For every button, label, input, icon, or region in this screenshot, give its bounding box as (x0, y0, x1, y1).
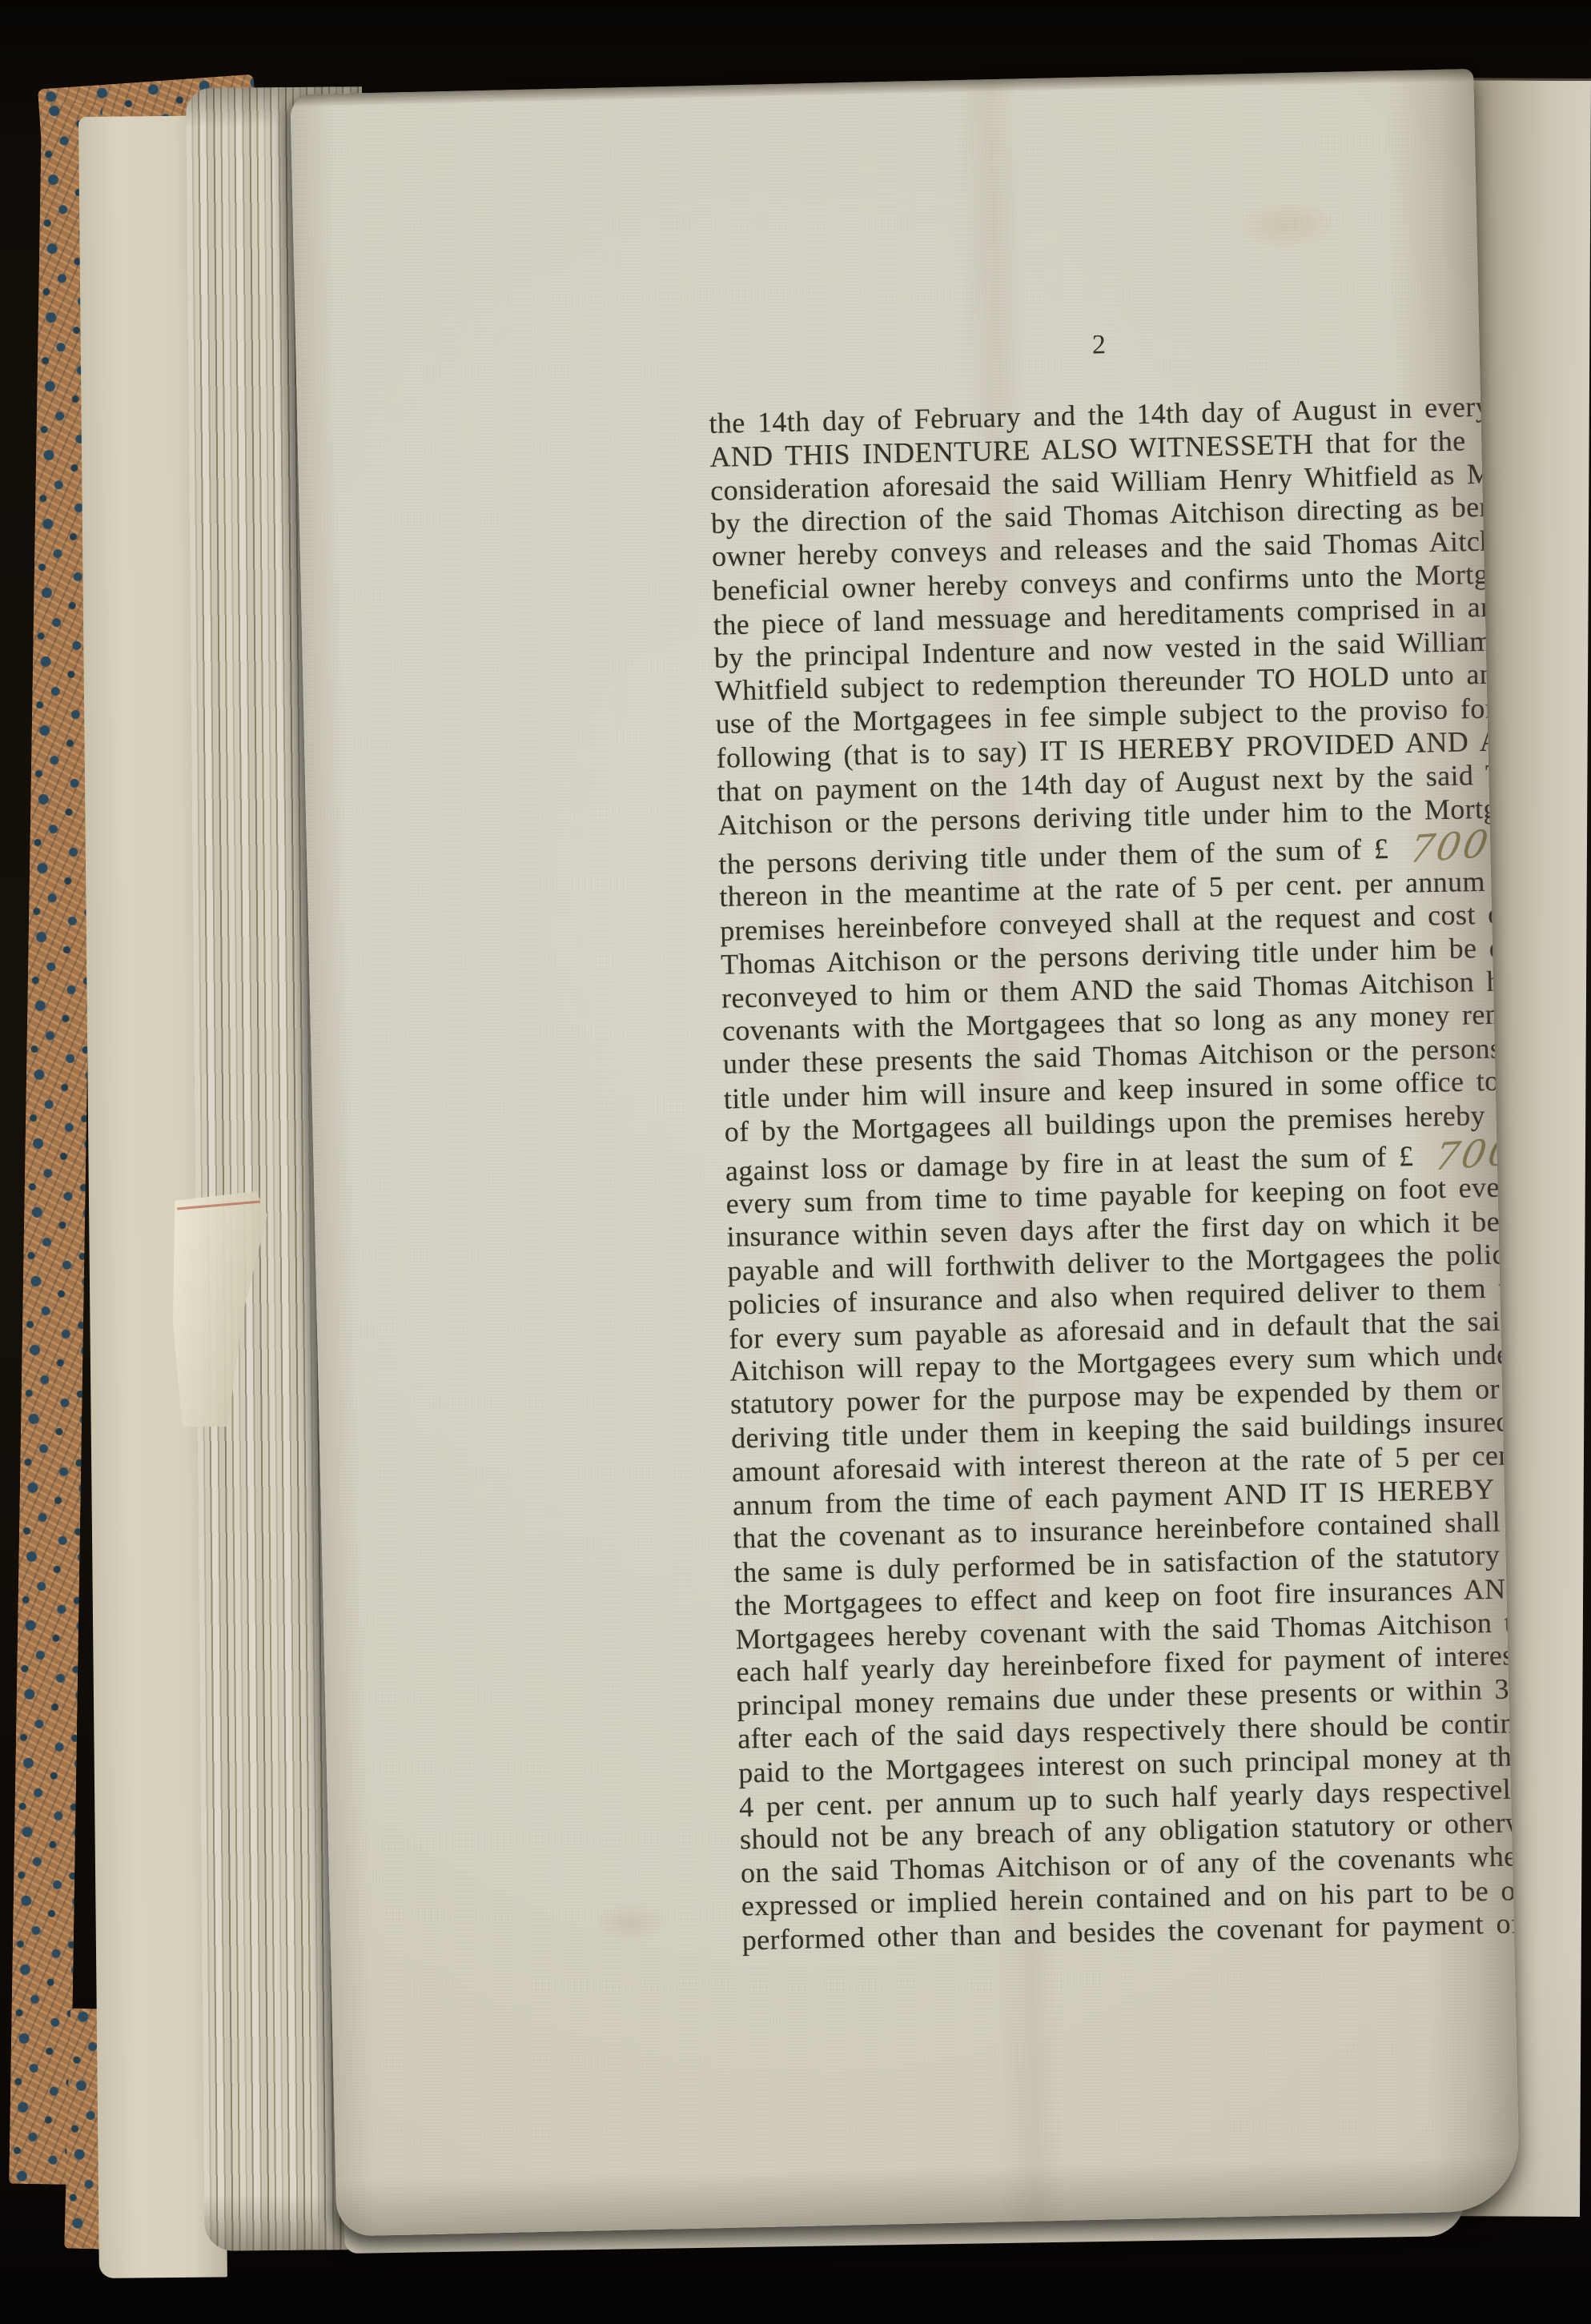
paper-tab-red-rule (177, 1200, 260, 1210)
book-photograph: 2 the 14th day of February and the 14th … (0, 0, 1591, 2324)
deed-text-block: the 14th day of February and the 14th da… (709, 391, 1516, 1957)
book-page: 2 the 14th day of February and the 14th … (290, 69, 1520, 2237)
page-number: 2 (1047, 329, 1151, 362)
